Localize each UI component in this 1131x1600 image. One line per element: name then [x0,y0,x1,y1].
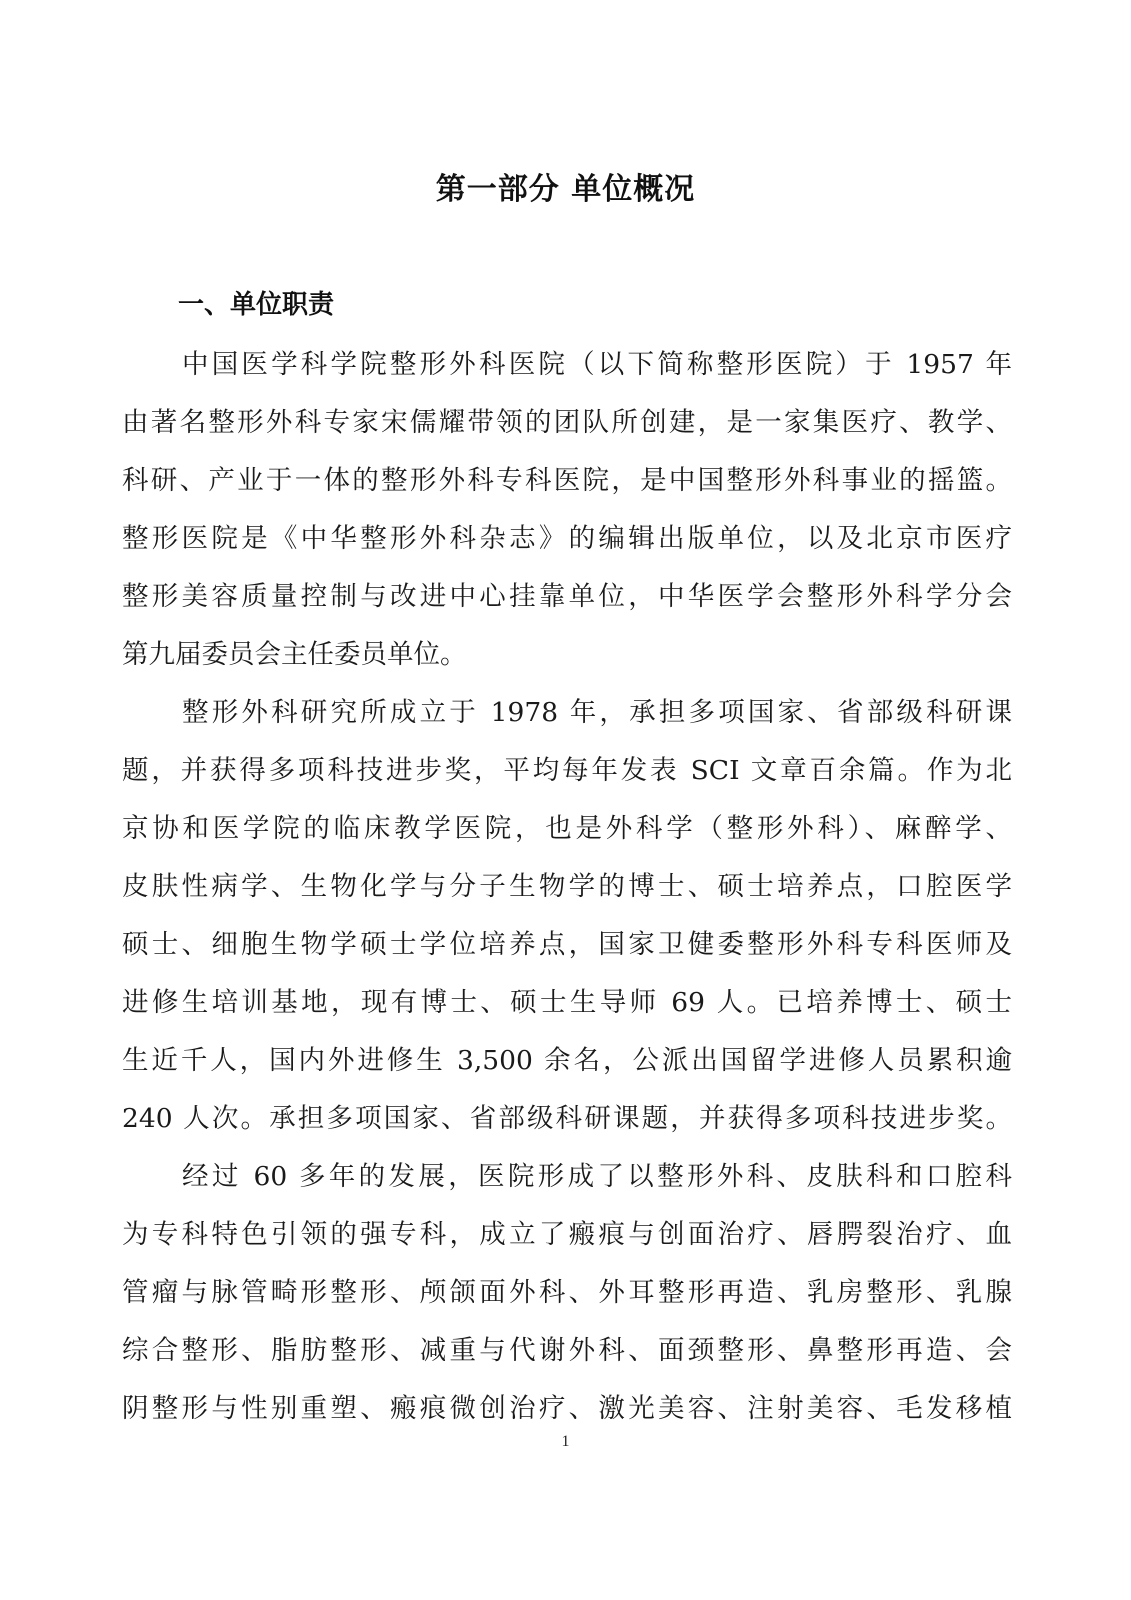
paragraph-2-line-5: 硕士、细胞生物学硕士学位培养点，国家卫健委整形外科专科医师及 [122,925,1012,965]
paragraph-1-line-6: 第九届委员会主任委员单位。 [122,635,1012,675]
paragraph-2-line-6: 进修生培训基地，现有博士、硕士生导师 69 人。已培养博士、硕士 [122,983,1012,1023]
paragraph-3-line-3: 管瘤与脉管畸形整形、颅颌面外科、外耳整形再造、乳房整形、乳腺 [122,1273,1012,1313]
paragraph-2-line-4: 皮肤性病学、生物化学与分子生物学的博士、硕士培养点，口腔医学 [122,867,1012,907]
paragraph-3-line-4: 综合整形、脂肪整形、减重与代谢外科、面颈整形、鼻整形再造、会 [122,1331,1012,1371]
part-title: 第一部分 单位概况 [0,170,1131,210]
paragraph-2-line-7: 生近千人，国内外进修生 3,500 余名，公派出国留学进修人员累积逾 [122,1041,1012,1081]
paragraph-3-line-2: 为专科特色引领的强专科，成立了瘢痕与创面治疗、唇腭裂治疗、血 [122,1215,1012,1255]
paragraph-1-line-2: 由著名整形外科专家宋儒耀带领的团队所创建，是一家集医疗、教学、 [122,403,1012,443]
paragraph-3-line-5: 阴整形与性别重塑、瘢痕微创治疗、激光美容、注射美容、毛发移植 [122,1389,1012,1429]
paragraph-3-line-1: 经过 60 多年的发展，医院形成了以整形外科、皮肤科和口腔科 [182,1157,1012,1197]
document-page: 第一部分 单位概况 一、单位职责 中国医学科学院整形外科医院（以下简称整形医院）… [0,0,1131,1600]
paragraph-2-line-1: 整形外科研究所成立于 1978 年，承担多项国家、省部级科研课 [182,693,1012,733]
paragraph-1-line-1: 中国医学科学院整形外科医院（以下简称整形医院）于 1957 年 [182,345,1012,385]
paragraph-2-line-2: 题，并获得多项科技进步奖，平均每年发表 SCI 文章百余篇。作为北 [122,751,1012,791]
paragraph-1-line-5: 整形美容质量控制与改进中心挂靠单位，中华医学会整形外科学分会 [122,577,1012,617]
page-number: 1 [0,1432,1131,1452]
paragraph-1-line-4: 整形医院是《中华整形外科杂志》的编辑出版单位，以及北京市医疗 [122,519,1012,559]
paragraph-2-line-8: 240 人次。承担多项国家、省部级科研课题，并获得多项科技进步奖。 [122,1099,1012,1139]
section-heading: 一、单位职责 [178,285,334,325]
paragraph-1-line-3: 科研、产业于一体的整形外科专科医院，是中国整形外科事业的摇篮。 [122,461,1012,501]
paragraph-2-line-3: 京协和医学院的临床教学医院，也是外科学（整形外科）、麻醉学、 [122,809,1012,849]
